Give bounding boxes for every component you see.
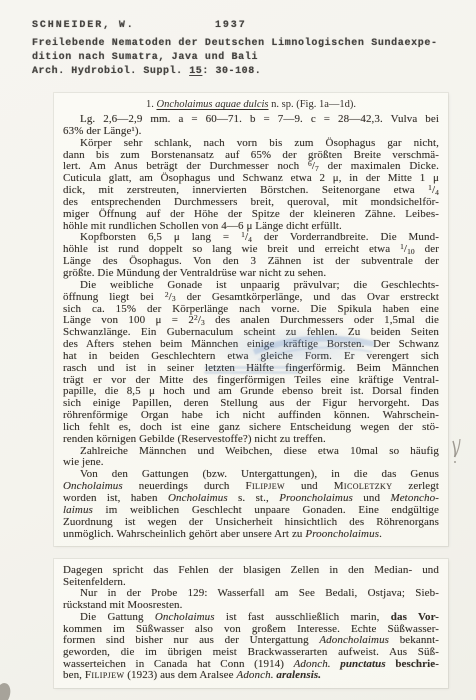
paragraph: Kopfborsten 6,5 μ lang = 1/4 der Vorderr… <box>63 232 439 279</box>
text-line: Körper sehr schlank, nach vorn bis zum Ö… <box>63 138 439 150</box>
species-heading: 1. Oncholaimus aquae dulcis n. sp. (Fig.… <box>63 98 439 111</box>
text-line: Die Gattung Oncholaimus ist fast ausschl… <box>63 612 439 624</box>
text-line: Zahlreiche Männchen und Weibchen, diese … <box>63 446 439 458</box>
text-line: öffnung liegt bei 2/3 der Gesamtkörperlä… <box>63 292 439 304</box>
paragraph: Nur in der Probe 129: Wasserfall am See … <box>63 588 439 611</box>
corner-smudge-mark <box>0 681 13 700</box>
citation-title: Freilebende Nematoden der Deutschen Limn… <box>32 37 438 65</box>
paragraph: Körper sehr schlank, nach vorn bis zum Ö… <box>63 138 439 233</box>
clipping-body: Lg. 2,6—2,9 mm. a = 60—71. b = 7—9. c = … <box>63 114 439 540</box>
paragraph: Die Gattung Oncholaimus ist fast ausschl… <box>63 612 439 682</box>
text-line: lich fehlt es, doch ist eine ganz sicher… <box>63 422 439 434</box>
paragraph: Von den Gattungen (bzw. Untergattungen),… <box>63 469 439 540</box>
text-line: Dagegen spricht das Fehlen der blasigen … <box>63 565 439 577</box>
text-line: miger Öffnung auf der Höhe der Spitze de… <box>63 209 439 221</box>
pencil-check-mark-icon <box>449 438 465 466</box>
paragraph: Dagegen spricht das Fehlen der blasigen … <box>63 565 439 588</box>
text-line: Zuordnung ist wegen der Unsicherheit hin… <box>63 517 439 529</box>
scanned-document-page: SCHNEIDER, W. 1937 Freilebende Nematoden… <box>0 0 476 700</box>
text-line: Die weibliche Gonade ist unpaarig prävul… <box>63 280 439 292</box>
clipping-body: Dagegen spricht das Fehlen der blasigen … <box>63 565 439 682</box>
text-line: rasch und ist in seiner letzten Hälfte f… <box>63 363 439 375</box>
paragraph: Die weibliche Gonade ist unpaarig prävul… <box>63 280 439 446</box>
paragraph: Lg. 2,6—2,9 mm. a = 60—71. b = 7—9. c = … <box>63 114 439 138</box>
text-line: des entsprechenden Durchmessers breit, q… <box>63 197 439 209</box>
text-line: ben, Filipjew (1923) aus dem Aralsee Ado… <box>63 670 439 682</box>
text-line: unmöglich. Wahrscheinlich gehört aber un… <box>63 529 439 541</box>
citation-author: SCHNEIDER, W. <box>32 20 135 31</box>
text-line: 63% der Länge¹). <box>63 126 439 138</box>
text-line: renden körnigen Gebilde (Reservestoffe?)… <box>63 434 439 446</box>
paragraph: Zahlreiche Männchen und Weibchen, diese … <box>63 446 439 470</box>
printed-clipping-secondary: Dagegen spricht das Fehlen der blasigen … <box>54 559 448 688</box>
citation-source: Arch. Hydrobiol. Suppl. 15: 30-108. <box>32 66 261 77</box>
printed-clipping-main: 1. Oncholaimus aquae dulcis n. sp. (Fig.… <box>54 93 448 546</box>
text-line: hat in beiden Geschlechtern etwa gleiche… <box>63 351 439 363</box>
citation-year: 1937 <box>215 20 247 31</box>
text-line: laimus im weiblichen Geschlecht unpaare … <box>63 505 439 517</box>
